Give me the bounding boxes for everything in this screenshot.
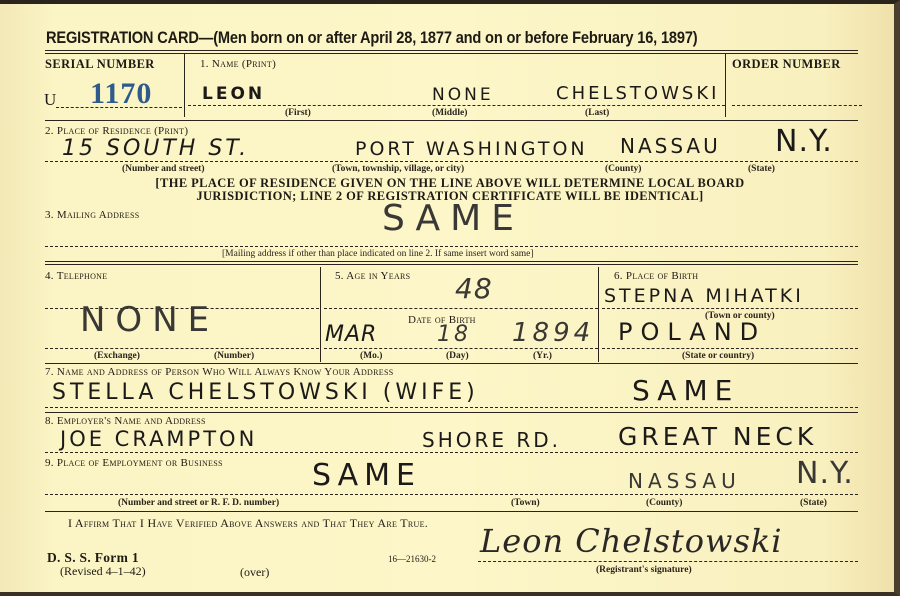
- employment-county-value: NASSAU: [628, 469, 741, 493]
- birthplace-label: 6. Place of Birth: [614, 270, 698, 282]
- card-title: REGISTRATION CARD—(Men born on or after …: [46, 28, 697, 48]
- residence-county-value: NASSAU: [620, 134, 721, 158]
- employer-line: [45, 452, 858, 453]
- birthplace-country-value: POLAND: [618, 318, 766, 346]
- residence-street-value: 15 SOUTH ST.: [62, 136, 249, 161]
- serial-number-label: SERIAL NUMBER: [45, 57, 155, 72]
- contact-label: 7. Name and Address of Person Who Will A…: [45, 366, 393, 378]
- mailing-address-label: 3. Mailing Address: [45, 209, 140, 221]
- age-divider: [598, 267, 599, 362]
- town-caption: (Town, township, village, or city): [332, 164, 464, 174]
- employment-state-value: N.Y.: [796, 456, 854, 491]
- employment-state-caption: (State): [800, 498, 827, 508]
- name-line: [188, 105, 725, 106]
- day-caption: (Day): [446, 351, 469, 361]
- mailing-line: [45, 246, 858, 247]
- number-caption: (Number): [214, 351, 254, 361]
- title-rule: [45, 50, 858, 54]
- county-caption: (County): [605, 164, 641, 174]
- order-number-label: ORDER NUMBER: [732, 57, 841, 72]
- row7-rule: [45, 412, 858, 413]
- employment-county-caption: (County): [646, 498, 682, 508]
- registration-card: REGISTRATION CARD—(Men born on or after …: [0, 0, 900, 596]
- employment-line: [45, 494, 858, 495]
- employment-town-caption: (Town): [511, 498, 540, 508]
- row3-rule: [45, 261, 858, 265]
- row456-rule: [45, 363, 858, 364]
- dob-line: [324, 348, 598, 349]
- month-caption: (Mo.): [360, 351, 382, 361]
- row1-rule: [45, 120, 858, 121]
- birth-year-value: 1894: [512, 318, 594, 348]
- telephone-line-2: [45, 348, 319, 349]
- name-label: 1. Name (Print): [200, 58, 276, 70]
- employment-label: 9. Place of Employment or Business: [45, 457, 223, 469]
- over-note: (over): [240, 565, 269, 580]
- registrant-signature: Leon Chelstowski: [480, 522, 782, 560]
- street-caption: (Number and street): [122, 164, 205, 174]
- year-caption: (Yr.): [533, 351, 552, 361]
- residence-line: [45, 161, 858, 162]
- signature-line: [478, 561, 858, 562]
- affirmation-text: I Affirm That I Have Verified Above Answ…: [68, 516, 428, 531]
- age-label: 5. Age in Years: [335, 270, 410, 282]
- first-name-value: LEON: [202, 84, 265, 104]
- birthplace-country-caption: (State or country): [682, 351, 754, 361]
- signature-caption: (Registrant's signature): [596, 565, 692, 575]
- telephone-value: NONE: [80, 300, 219, 340]
- employer-address-value: SHORE RD.: [422, 428, 561, 452]
- employment-street-caption: (Number and street or R. F. D. number): [118, 498, 279, 508]
- telephone-divider: [320, 267, 321, 362]
- last-caption: (Last): [585, 108, 609, 118]
- form-revised: (Revised 4–1–42): [60, 564, 146, 579]
- row9-rule: [45, 511, 858, 512]
- print-code: 16—21630-2: [388, 554, 436, 564]
- last-name-value: CHELSTOWSKI: [556, 83, 719, 104]
- mailing-caption: [Mailing address if other than place ind…: [222, 249, 534, 259]
- employment-street-value: SAME: [312, 458, 421, 493]
- birthplace-town-line: [602, 308, 858, 309]
- middle-caption: (Middle): [432, 108, 467, 118]
- first-caption: (First): [285, 108, 311, 118]
- residence-town-value: PORT WASHINGTON: [355, 138, 588, 160]
- contact-line: [45, 407, 858, 408]
- middle-name-value: NONE: [432, 85, 494, 105]
- contact-address-value: SAME: [632, 374, 739, 407]
- employer-name-value: JOE CRAMPTON: [60, 427, 257, 451]
- serial-number-value: 1170: [90, 77, 152, 111]
- birthplace-country-line: [602, 348, 858, 349]
- state-caption: (State): [748, 164, 775, 174]
- exchange-caption: (Exchange): [94, 351, 140, 361]
- telephone-label: 4. Telephone: [45, 270, 107, 282]
- contact-name-value: STELLA CHELSTOWSKI (WIFE): [52, 380, 479, 405]
- residence-state-value: N.Y.: [775, 124, 833, 159]
- birth-day-value: 18: [437, 322, 471, 347]
- employer-town-value: GREAT NECK: [618, 422, 817, 451]
- birthplace-town-value: STEPNA MIHATKI: [604, 285, 804, 307]
- serial-divider: [184, 54, 185, 117]
- age-value: 48: [455, 272, 493, 305]
- order-line: [732, 105, 862, 106]
- employer-label: 8. Employer's Name and Address: [45, 415, 206, 427]
- serial-prefix: U: [44, 90, 56, 110]
- order-divider: [725, 54, 726, 117]
- mailing-address-value: SAME: [382, 198, 524, 239]
- birth-month-value: MAR: [325, 322, 377, 347]
- age-line: [324, 308, 598, 309]
